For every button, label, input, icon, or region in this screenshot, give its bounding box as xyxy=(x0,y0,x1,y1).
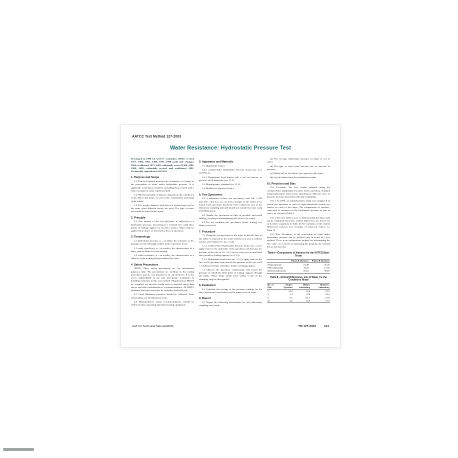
corner-mark xyxy=(3,448,34,451)
footer-method-label: TM 127-2003213 xyxy=(298,325,329,328)
body-paragraph: 8.1 Calculate the average of the pressur… xyxy=(199,288,262,294)
body-paragraph: 10.1.2 The two fabrics were so different… xyxy=(267,217,330,233)
foreword-paragraph: Developed in 1998 by AATCC Committee RR3… xyxy=(131,158,194,174)
footer-manual-label: AATCC Technical Manual/2004 xyxy=(132,325,173,328)
section-heading: 8. Evaluation xyxy=(199,284,262,287)
section-heading: 4. Safety Precautions xyxy=(131,263,194,266)
body-paragraph: (b) The type of tester used and the rate… xyxy=(267,165,330,171)
body-paragraph: 7.1.2 Hydrostatic head tester (see 5.1.2… xyxy=(199,259,262,268)
body-paragraph: 5.1.2 Hydrostatic head testers with a ra… xyxy=(199,176,262,182)
body-paragraph: 3.2 water repellency, n.—in textiles, th… xyxy=(131,247,194,253)
body-paragraph: 7.2 Observe the specimen continuously an… xyxy=(199,269,262,282)
doc-column-2: 5. Apparatus and Materials5.1 Hydrostati… xyxy=(199,158,262,309)
table-title: Table I—Components of Variance for the A… xyxy=(268,252,330,258)
body-paragraph: NOTE: These safety precautions are for i… xyxy=(131,268,194,293)
section-heading: 2. Principle xyxy=(131,216,194,219)
table-cell: 17.3 xyxy=(311,299,330,303)
table-cell: 39.32 xyxy=(309,269,330,273)
body-paragraph: 5.2 Blotting paper, standard (see 11.3). xyxy=(199,184,262,187)
document-page: AATCC Test Method 127-2003 Water Resista… xyxy=(120,124,341,348)
footer-method-number: TM 127-2003 xyxy=(298,325,316,328)
body-paragraph: 1.1 This test method measures the resist… xyxy=(131,181,194,194)
body-paragraph: 10.1 Precision. The test results obtaine… xyxy=(267,187,330,200)
section-heading: 1. Purpose and Scope xyxy=(131,176,194,179)
body-paragraph: 2.1 One surface of the test specimen is … xyxy=(131,221,194,234)
doc-columns: Developed in 1998 by AATCC Committee RR3… xyxy=(131,158,330,309)
body-paragraph: 9.1 Report the following information for… xyxy=(199,301,262,307)
body-paragraph: 10.2 Bias. Resistance to the penetration… xyxy=(267,233,330,249)
data-table: Fabric A VarianceFabric B VarianceSingle… xyxy=(267,259,330,274)
body-paragraph: 4.2 Manufacturer's safety recommendation… xyxy=(131,301,194,307)
body-paragraph: 6.1 A minimum of three test specimens, e… xyxy=(199,198,262,214)
table-row: 104.110.917.3 xyxy=(267,299,330,303)
section-heading: 10. Precision and Bias xyxy=(267,182,330,185)
body-paragraph: 5.1 Hydrostatic testers: xyxy=(199,165,262,168)
section-heading: 9. Report xyxy=(199,297,262,300)
page-number: 213 xyxy=(324,325,329,328)
body-paragraph: 7.1.1 AATCC/Suter Hydrostatic Pressure T… xyxy=(199,245,262,258)
body-paragraph: 1.3 The results obtained with this test … xyxy=(131,204,194,213)
body-paragraph: 5.1.1 AATCC/Suter Hydrostatic Pressure T… xyxy=(199,169,262,175)
body-paragraph: (d) Any deviation from the standard proc… xyxy=(267,177,330,180)
body-paragraph: 7.1 Clamp the test specimen in the teste… xyxy=(199,235,262,244)
section-heading: 7. Procedure xyxy=(199,230,262,233)
section-heading: 6. Test Specimens xyxy=(199,193,262,196)
table-row: Between-laboratory20.6239.32 xyxy=(267,269,330,273)
table-cell: Between-laboratory xyxy=(267,269,288,273)
section-heading: 5. Apparatus and Materials xyxy=(199,161,262,164)
doc-column-1: Developed in 1998 by AATCC Committee RR3… xyxy=(131,158,194,309)
page-title: Water Resistance: Hydrostatic Pressure T… xyxy=(121,145,340,151)
body-paragraph: 5.3 Distilled or deionized water. xyxy=(199,188,262,191)
table-cell: 10.9 xyxy=(293,299,311,303)
body-paragraph: 10.1.1 In 1990, an interlaboratory study… xyxy=(267,200,330,216)
body-paragraph: 4.1 Good laboratory practices should be … xyxy=(131,294,194,300)
body-paragraph: 1.2 Water penetration resistance depends… xyxy=(131,194,194,203)
data-table: No. of Obs.Single- OperatorWithin- Labor… xyxy=(267,283,330,303)
body-paragraph: (a) The average hydrostatic pressure in … xyxy=(267,158,330,164)
table-cell: 4.1 xyxy=(278,299,293,303)
doc-column-3: (a) The average hydrostatic pressure in … xyxy=(267,158,330,309)
table-title: Table II—Critical Differences, mm of Wat… xyxy=(268,276,330,282)
body-paragraph: 6.3 Do not condition the specimens befor… xyxy=(199,222,262,228)
body-paragraph: 6.2 Handle the specimens as little as po… xyxy=(199,214,262,220)
section-heading: 3. Terminology xyxy=(131,236,194,239)
body-paragraph: (c) Which side of the fabric was exposed… xyxy=(267,173,330,176)
method-reference: AATCC Test Method 127-2003 xyxy=(132,135,181,139)
table-cell: 10 xyxy=(267,299,278,303)
body-paragraph: 3.1 hydrostatic pressure, n.—of fabric, … xyxy=(131,240,194,246)
table-cell: 20.62 xyxy=(288,269,309,273)
body-paragraph: 3.3 water resistance, n.—in textiles, th… xyxy=(131,255,194,261)
